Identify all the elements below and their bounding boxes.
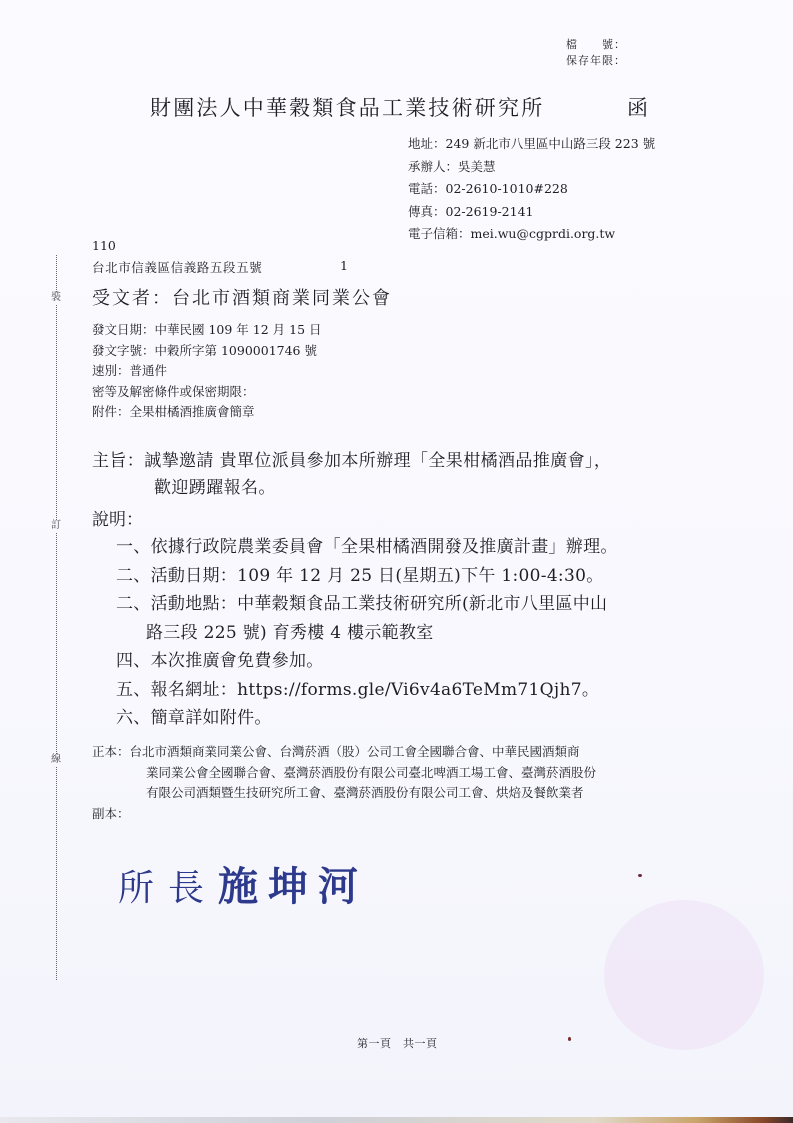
fax: 傳真：02-2619-2141 bbox=[408, 201, 655, 224]
binding-line bbox=[56, 255, 57, 980]
subject-line-1: 主旨：誠摯邀請 貴單位派員參加本所辦理「全果柑橘酒品推廣會」， bbox=[92, 448, 611, 475]
page-number: 第一頁 共一頁 bbox=[357, 1035, 438, 1051]
retention-label: 保存年限： bbox=[566, 53, 626, 69]
signature-name: 施坤河 bbox=[218, 863, 368, 910]
organization-title: 財團法人中華穀類食品工業技術研究所 bbox=[150, 92, 544, 122]
recipient-postcode: 110 bbox=[92, 238, 116, 253]
subject-line-2: 歡迎踴躍報名。 bbox=[92, 475, 611, 502]
paper-stain bbox=[604, 900, 764, 1050]
file-number-label: 檔 號： bbox=[566, 37, 626, 53]
description-item: 四、本次推廣會免費參加。 bbox=[116, 647, 618, 676]
description-list: 一、依據行政院農業委員會「全果柑橘酒開發及推廣計畫」辦理。 二、活動日期：109… bbox=[116, 533, 618, 733]
original-recipients-line: 台北市酒類商業同業公會、台灣菸酒（股）公司工會全國聯合會、中華民國酒類商 bbox=[130, 744, 580, 759]
paper-speck bbox=[568, 1037, 571, 1041]
classification: 密等及解密條件或保密期限： bbox=[92, 382, 322, 403]
binding-mark: 線 bbox=[51, 754, 61, 766]
scan-edge bbox=[0, 1117, 793, 1123]
handler: 承辦人：吳美慧 bbox=[408, 156, 655, 179]
description-item: 一、依據行政院農業委員會「全果柑橘酒開發及推廣計畫」辦理。 bbox=[116, 533, 618, 562]
sender-address: 地址：249 新北市八里區中山路三段 223 號 bbox=[408, 133, 655, 156]
description-item: 二、活動日期：109 年 12 月 25 日(星期五)下午 1:00-4:30。 bbox=[116, 562, 618, 591]
description-item: 二、活動地點：中華穀類食品工業技術研究所(新北市八里區中山 bbox=[116, 590, 618, 619]
attachment: 附件：全果柑橘酒推廣會簡章 bbox=[92, 402, 322, 423]
binding-mark: 裝 bbox=[51, 292, 61, 304]
signature-title: 所長 bbox=[118, 868, 218, 909]
copy-label: 副本： bbox=[92, 804, 596, 825]
recipient: 受文者：台北市酒類商業同業公會 bbox=[92, 284, 392, 310]
paper-speck bbox=[638, 874, 642, 877]
document-type: 函 bbox=[627, 92, 648, 122]
signature-stamp: 所長施坤河 bbox=[118, 855, 368, 912]
distribution-block: 正本：台北市酒類商業同業公會、台灣菸酒（股）公司工會全國聯合會、中華民國酒類商 … bbox=[92, 742, 596, 824]
subject: 主旨：誠摯邀請 貴單位派員參加本所辦理「全果柑橘酒品推廣會」， 歡迎踴躍報名。 bbox=[92, 448, 611, 502]
recipient-address-number: 1 bbox=[340, 258, 348, 273]
binding-mark: 訂 bbox=[51, 520, 61, 532]
document-page: 檔 號： 保存年限： 財團法人中華穀類食品工業技術研究所 函 地址：249 新北… bbox=[0, 0, 793, 1118]
original-recipients-line: 業同業公會全國聯合會、臺灣菸酒股份有限公司臺北啤酒工場工會、臺灣菸酒股份 bbox=[92, 763, 596, 784]
phone: 電話：02-2610-1010#228 bbox=[408, 178, 655, 201]
description-item-registration-url: 五、報名網址：https://forms.gle/Vi6v4a6TeMm71Qj… bbox=[116, 676, 618, 705]
original-recipients-line: 有限公司酒類暨生技研究所工會、臺灣菸酒股份有限公司工會、烘焙及餐飲業者 bbox=[92, 783, 596, 804]
contact-block: 地址：249 新北市八里區中山路三段 223 號 承辦人：吳美慧 電話：02-2… bbox=[408, 133, 655, 246]
document-meta: 發文日期：中華民國 109 年 12 月 15 日 發文字號：中穀所字第 109… bbox=[92, 320, 322, 423]
email: 電子信箱：mei.wu@cgprdi.org.tw bbox=[408, 223, 655, 246]
description-item: 六、簡章詳如附件。 bbox=[116, 704, 618, 733]
original-label: 正本： bbox=[92, 744, 130, 759]
description-item-continued: 路三段 225 號) 育秀樓 4 樓示範教室 bbox=[116, 619, 618, 648]
document-number: 發文字號：中穀所字第 1090001746 號 bbox=[92, 341, 322, 362]
urgency: 速別：普通件 bbox=[92, 361, 322, 382]
issue-date: 發文日期：中華民國 109 年 12 月 15 日 bbox=[92, 320, 322, 341]
file-meta: 檔 號： 保存年限： bbox=[566, 37, 626, 69]
recipient-address: 台北市信義區信義路五段五號 bbox=[92, 258, 262, 276]
description-heading: 說明： bbox=[92, 505, 143, 530]
